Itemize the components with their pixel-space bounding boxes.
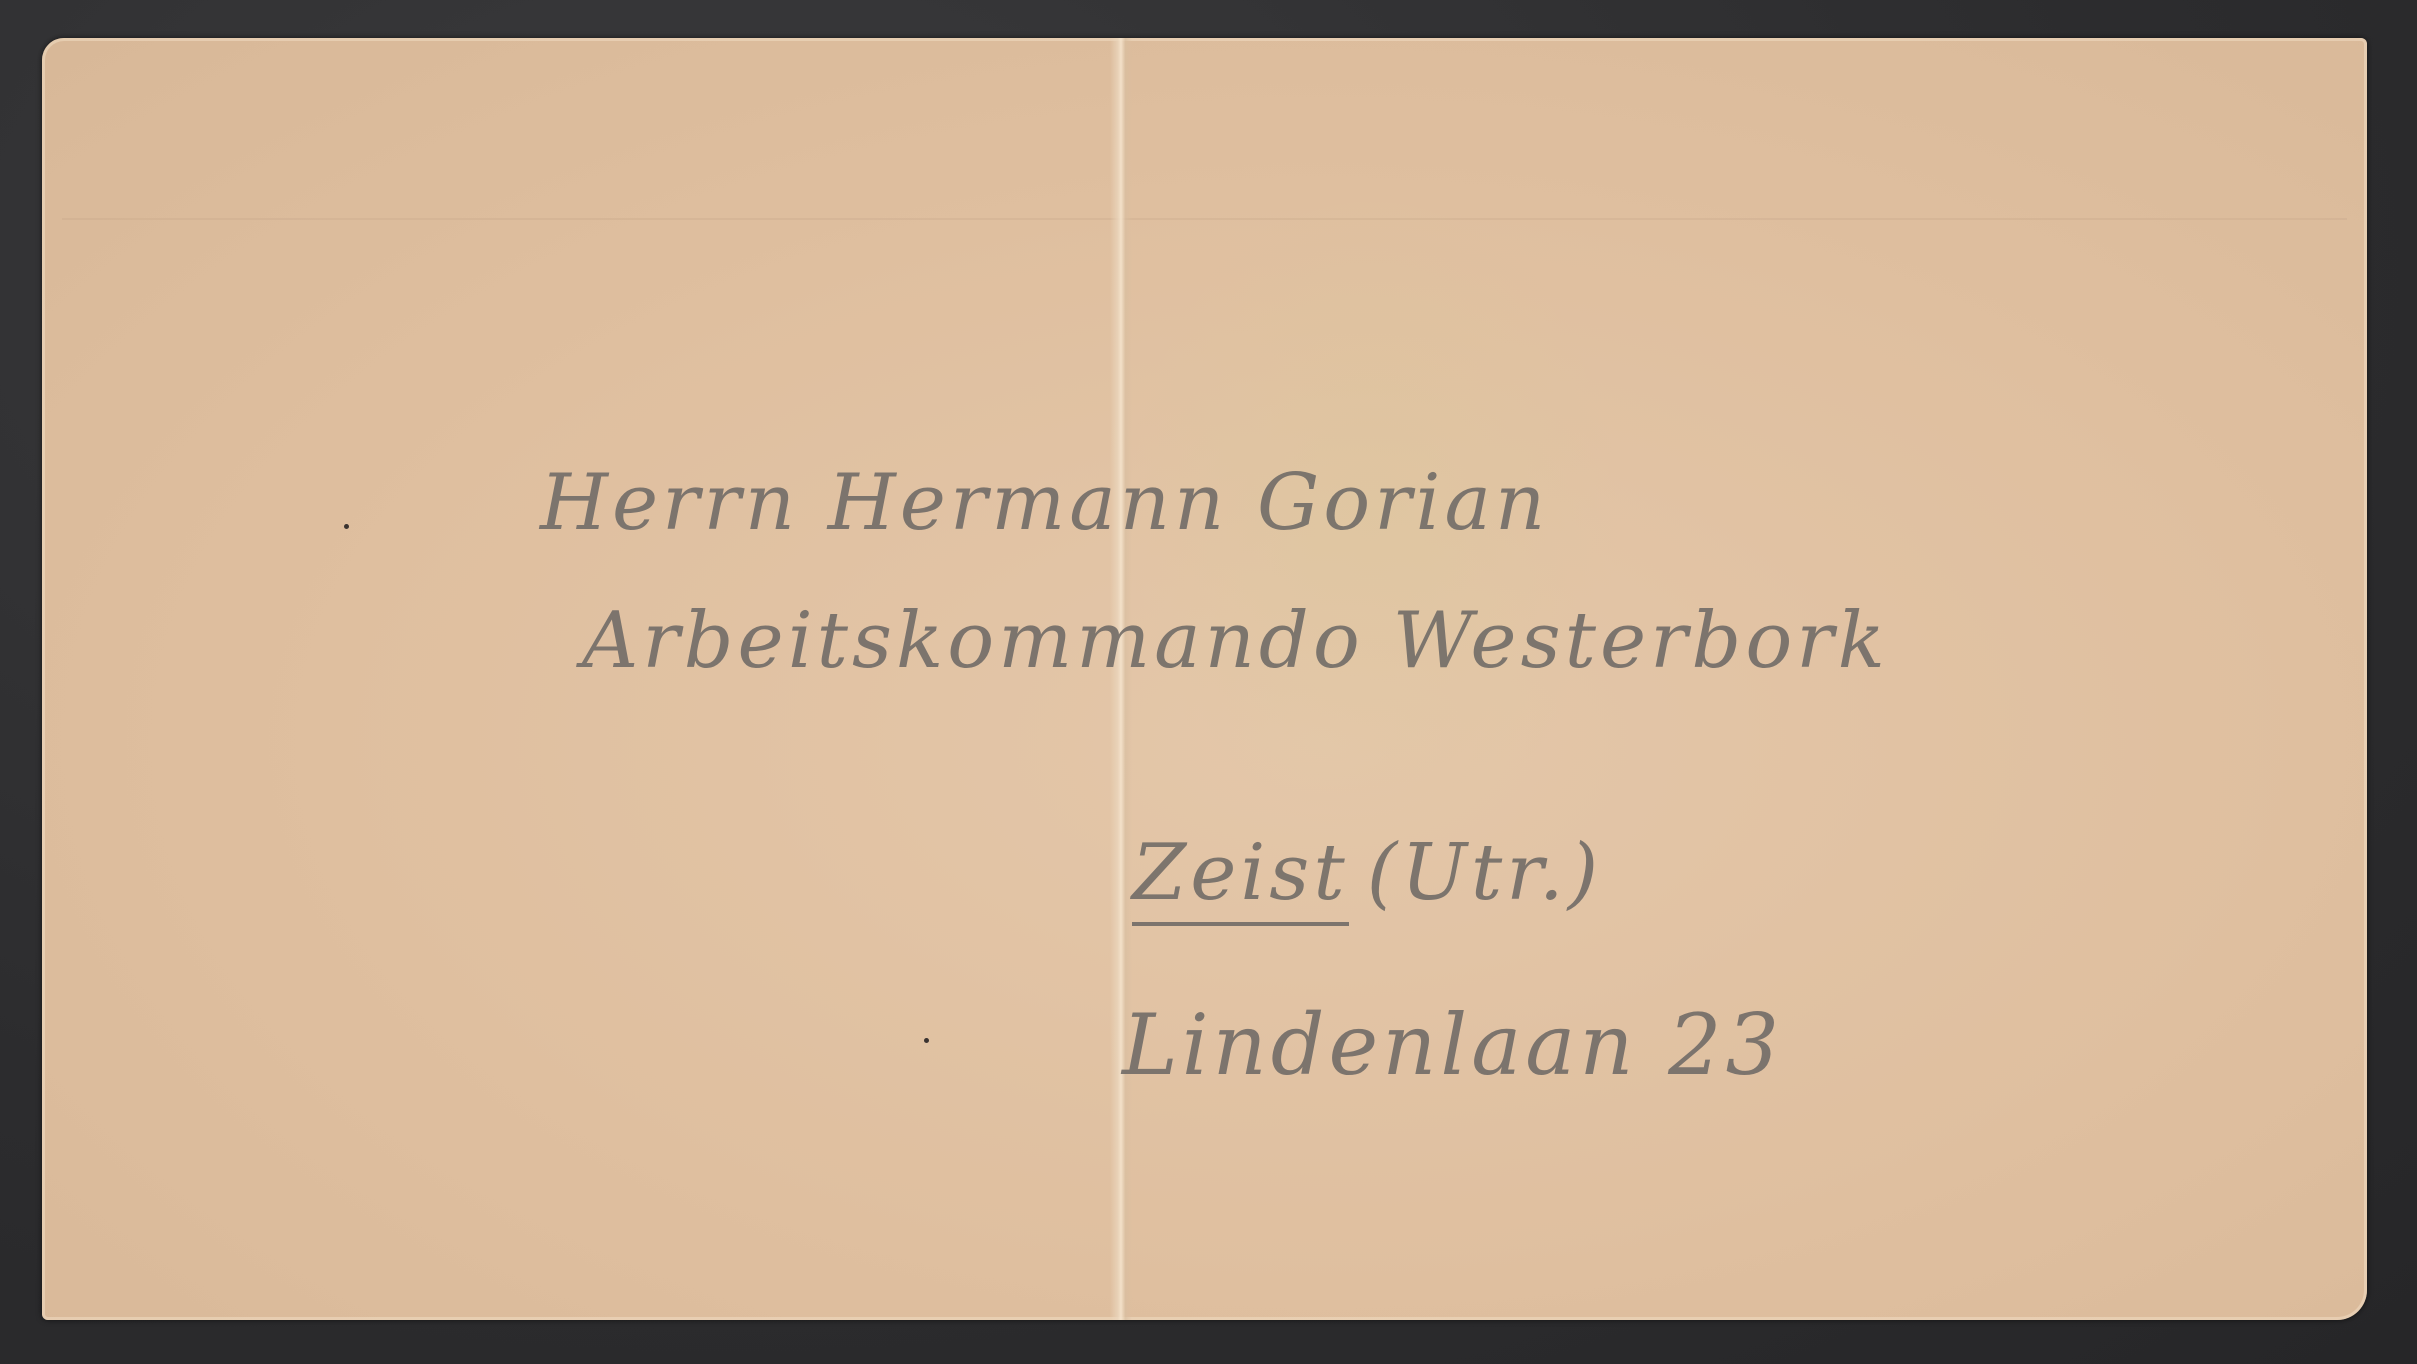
paper-speck (924, 1038, 929, 1043)
address-region: (Utr.) (1367, 828, 1602, 918)
address-street: Lindenlaan 23 (1122, 996, 1783, 1094)
address-organization: Arbeitskommando Westerbork (582, 596, 1889, 686)
address-recipient: Herrn Hermann Gorian (540, 458, 1549, 548)
address-city: Zeist (1132, 828, 1349, 926)
paper-speck (344, 524, 349, 529)
flap-crease (62, 218, 2347, 220)
envelope: Herrn Hermann Gorian Arbeitskommando Wes… (42, 38, 2367, 1320)
address-city-line: Zeist(Utr.) (1132, 828, 1602, 926)
